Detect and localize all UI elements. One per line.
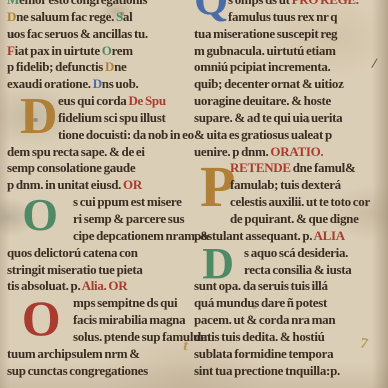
right-text-column: Qs omps ds ut PRO REGE.famulus tuus rex … — [194, 0, 386, 379]
rubric-segment: PRO REGE. — [292, 0, 359, 7]
text-segment: datis tuis dedita. & hostiú — [194, 329, 325, 344]
text-segment: al — [123, 9, 133, 24]
text-segment: sunt opa. da seruis tuis illá — [194, 278, 328, 293]
text-line: Omps sempitne ds qui — [7, 295, 190, 312]
text-line: Qs omps ds ut PRO REGE. — [194, 0, 386, 9]
text-line: sublata formidine tempora — [194, 346, 386, 363]
rubric-segment: D — [105, 59, 114, 74]
rubric-segment: OR — [123, 177, 142, 192]
text-line: tuum archipsulem nrm & — [7, 346, 190, 363]
text-segment: famulab; tuis dexterá — [230, 177, 341, 192]
manuscript-page: Memor esto congregationisDne saluum fac … — [0, 0, 388, 388]
rubric-segment: D — [7, 9, 16, 24]
text-segment: fidelium sci spu illust — [58, 110, 166, 125]
text-line: Fiat pax in uirtute Orem — [7, 43, 190, 60]
text-segment: famulus tuus rex nr q — [228, 9, 337, 24]
text-segment: dem spu recta sape. & de ei — [7, 144, 145, 159]
rubric-segment: S — [116, 9, 123, 24]
left-text-column: Memor esto congregationisDne saluum fac … — [7, 0, 190, 379]
text-segment: tua miseratione suscepit reg — [194, 26, 337, 41]
text-segment: rem — [112, 43, 133, 58]
illuminated-initial: O — [15, 296, 67, 336]
text-segment: quos delictorú catena con — [7, 245, 138, 260]
text-segment: p fidelib; defunctis — [7, 59, 105, 74]
rubric-segment: Alia. OR — [82, 278, 128, 293]
text-line: datis tuis dedita. & hostiú — [194, 329, 386, 346]
text-line: tua miseratione suscepit reg — [194, 26, 386, 43]
text-segment: p dnm. in unitat eiusd. — [7, 177, 123, 192]
text-segment: m gubnacula. uirtutú etiam — [194, 43, 336, 58]
text-segment: sint tua prectione tnquilla:p. — [194, 363, 340, 378]
rubric-segment: O — [102, 43, 112, 58]
text-segment: dne famul& — [291, 160, 356, 175]
text-segment: mps sempitne ds qui — [73, 295, 177, 310]
text-line: pacem. ut & corda nra man — [194, 312, 386, 329]
text-segment: de pquirant. & que digne — [230, 211, 359, 226]
text-segment: tis absoluat. p. — [7, 278, 82, 293]
text-line: supare. & ad te qui uia uerita — [194, 110, 386, 127]
text-segment: quá mundus dare ñ potest — [194, 295, 327, 310]
text-line: Dne saluum fac rege. Sal — [7, 9, 190, 26]
text-segment: recta consilia & iusta — [244, 262, 352, 277]
text-line: Deus qui corda De Spu — [7, 93, 190, 110]
text-segment: s aquo scá desideria. — [244, 245, 348, 260]
rubric-segment: M — [7, 0, 19, 7]
text-segment: uos fac seruos & ancillas tu. — [7, 26, 148, 41]
text-line: omniú pcipiat incrementa. — [194, 59, 386, 76]
text-line: quá mundus dare ñ potest — [194, 295, 386, 312]
illuminated-initial: D — [20, 94, 54, 142]
text-segment: semp consolatione gaude — [7, 160, 135, 175]
text-segment: ne — [114, 59, 126, 74]
text-line: sup cunctas congregationes — [7, 363, 190, 380]
text-segment: & uita es gratiosus ualeat p — [194, 127, 332, 142]
rubric-segment: D — [93, 76, 102, 91]
text-line: PRETENDE dne famul& — [194, 160, 386, 177]
text-segment: tuum archipsulem nrm & — [7, 346, 140, 361]
text-segment: eus qui corda — [58, 93, 128, 108]
text-segment: sup cunctas congregationes — [7, 363, 148, 378]
text-segment: uoragine deuitare. & hoste — [194, 93, 331, 108]
text-segment: stringit miseratio tue pieta — [7, 262, 143, 277]
text-segment: quib; decenter ornat & uitioz — [194, 76, 344, 91]
text-segment: facis mirabilia magna — [73, 312, 185, 327]
text-line: p fidelib; defunctis Dne — [7, 59, 190, 76]
text-segment: exaudi oratione. — [7, 76, 93, 91]
rubric-segment: F — [7, 43, 15, 58]
text-line: quib; decenter ornat & uitioz — [194, 76, 386, 93]
text-segment: ri semp & parcere sus — [73, 211, 184, 226]
text-line: dem spu recta sape. & de ei — [7, 144, 190, 161]
text-segment: sublata formidine tempora — [194, 346, 333, 361]
rubric-segment: ALIA — [314, 228, 345, 243]
rubric-segment: RETENDE — [230, 160, 291, 175]
text-line: tis absoluat. p. Alia. OR — [7, 278, 190, 295]
text-segment: cipe depcationem nram. & — [73, 228, 210, 243]
text-line: Os cui ppum est misere — [7, 194, 190, 211]
text-segment: solus. ptende sup famulum — [73, 329, 211, 344]
text-segment: celestis auxilii. ut te toto cor — [230, 194, 370, 209]
text-line: uoragine deuitare. & hoste — [194, 93, 386, 110]
text-segment: tione docuisti: da nob in eo — [58, 127, 194, 142]
illuminated-initial: Q — [194, 0, 224, 10]
text-line: Ds aquo scá desideria. — [194, 245, 386, 262]
text-line: p dnm. in unitat eiusd. OR — [7, 177, 190, 194]
text-segment: s cui ppum est misere — [73, 194, 182, 209]
text-segment: postulant assequant. p. — [194, 228, 314, 243]
illuminated-initial: O — [15, 195, 65, 231]
text-line: stringit miseratio tue pieta — [7, 262, 190, 279]
text-segment: iat pax in uirtute — [15, 43, 102, 58]
text-line: uos fac seruos & ancillas tu. — [7, 26, 190, 43]
text-segment: emor esto congregationis — [19, 0, 147, 7]
text-line: sint tua prectione tnquilla:p. — [194, 363, 386, 380]
text-line: & uita es gratiosus ualeat p — [194, 127, 386, 144]
illuminated-initial: D — [196, 245, 240, 277]
text-line: uenire. p dnm. ORATIO. — [194, 144, 386, 161]
text-line: Memor esto congregationis — [7, 0, 190, 9]
text-segment: ne saluum fac rege. — [16, 9, 116, 24]
text-segment: pacem. ut & corda nra man — [194, 312, 335, 327]
rubric-segment: ORATIO. — [270, 144, 323, 159]
text-segment: s omps ds ut — [228, 0, 292, 7]
text-segment: supare. & ad te qui uia uerita — [194, 110, 342, 125]
text-segment: uenire. p dnm. — [194, 144, 270, 159]
text-line: sunt opa. da seruis tuis illá — [194, 278, 386, 295]
text-line: postulant assequant. p. ALIA — [194, 228, 386, 245]
illuminated-initial: P — [200, 161, 226, 223]
rubric-segment: De Spu — [128, 93, 165, 108]
text-line: m gubnacula. uirtutú etiam — [194, 43, 386, 60]
text-segment: omniú pcipiat incrementa. — [194, 59, 331, 74]
text-line: semp consolatione gaude — [7, 160, 190, 177]
text-line: exaudi oratione. Dns uob. — [7, 76, 190, 93]
text-line: quos delictorú catena con — [7, 245, 190, 262]
text-segment: ns uob. — [102, 76, 139, 91]
